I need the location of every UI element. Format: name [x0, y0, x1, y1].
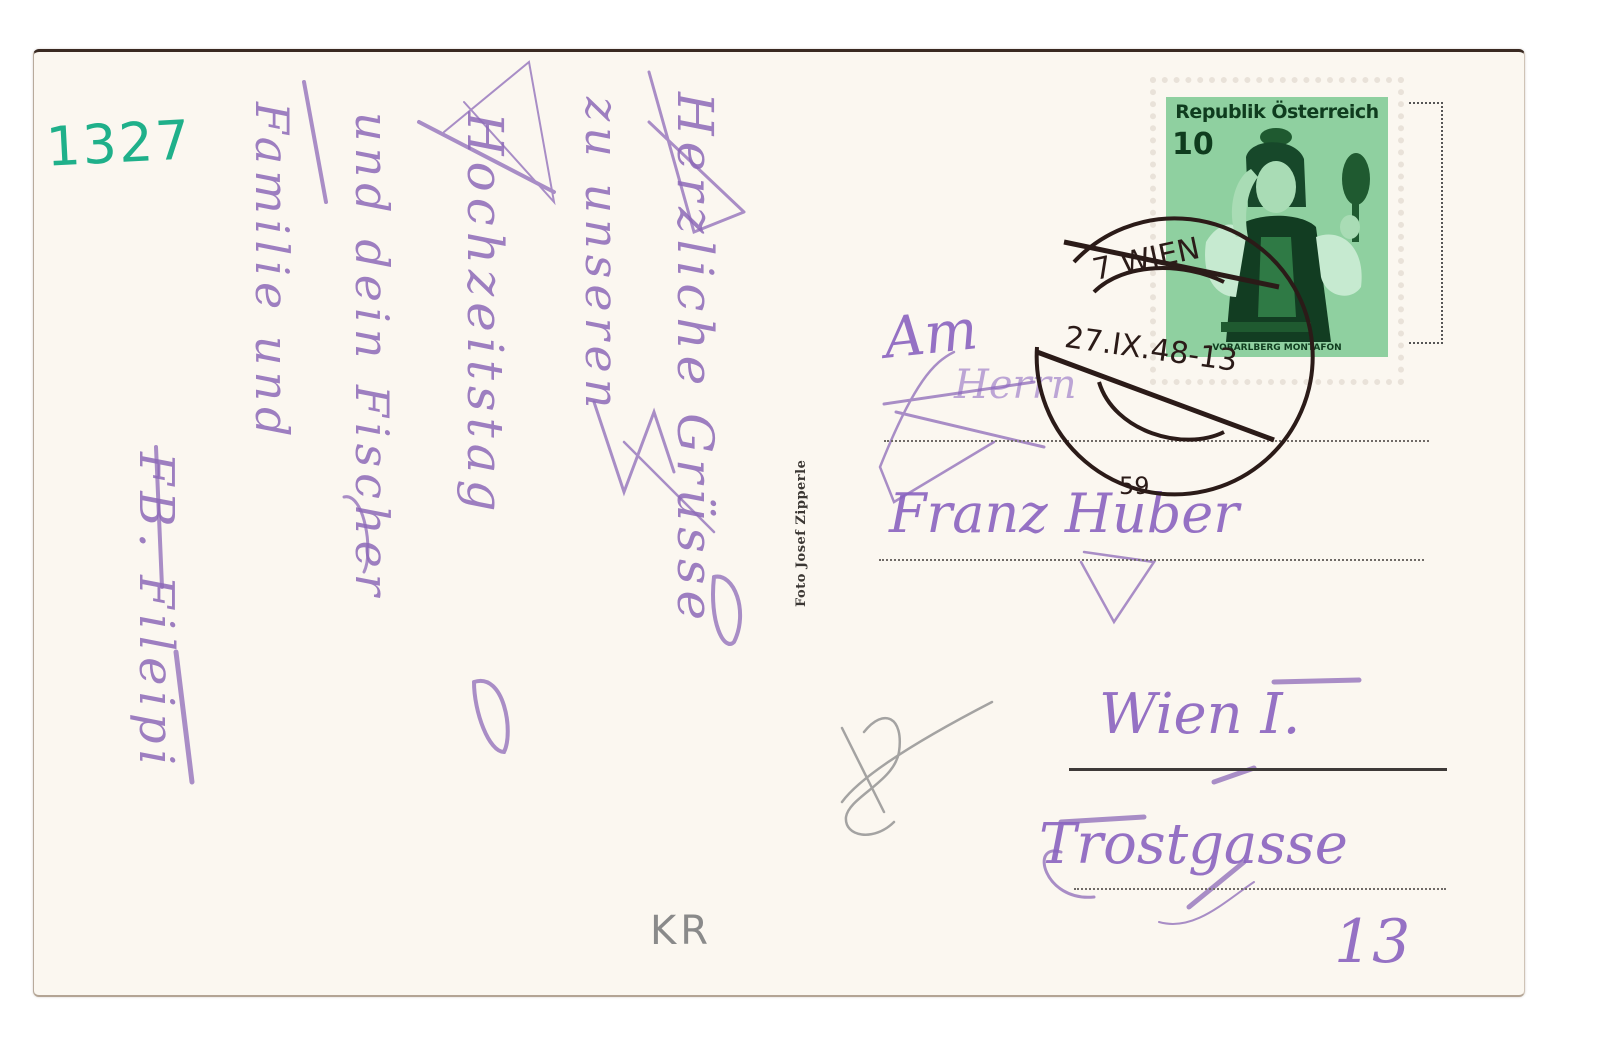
- woman-with-mirror-icon: [1166, 97, 1388, 357]
- postmark-office: 59: [1119, 472, 1150, 500]
- signature: FB. Fileipi: [128, 452, 184, 771]
- address-salutation: Am: [881, 297, 981, 371]
- address-line: [879, 559, 1424, 561]
- photo-credit: Foto Josef Zipperle: [794, 460, 809, 607]
- message-line: und dein Fischer: [345, 112, 399, 602]
- message-line: Herzliche Grüsse: [666, 92, 724, 626]
- archive-number: 1327: [44, 108, 193, 179]
- address-line: [1069, 768, 1447, 771]
- message-line: zu unseren: [575, 97, 629, 414]
- address-line: [884, 440, 1429, 442]
- address-recipient-title: Herrn: [954, 362, 1077, 408]
- pencil-mark: KR: [650, 908, 712, 954]
- message-line: Hochzeitstag: [456, 112, 514, 518]
- stamp-placement-box: [1409, 102, 1443, 344]
- stamp-image: Republik Österreich 10: [1166, 97, 1388, 357]
- address-recipient-name: Franz Huber: [889, 482, 1239, 545]
- address-line: [1074, 888, 1446, 890]
- postcard: 1327 Herzliche Grüsse zu unseren Hochzei…: [33, 49, 1525, 997]
- address-street: Trostgasse: [1039, 812, 1348, 877]
- address-house-number: 13: [1334, 907, 1410, 977]
- address-city: Wien I.: [1099, 682, 1300, 747]
- message-line: Familie und: [245, 102, 299, 443]
